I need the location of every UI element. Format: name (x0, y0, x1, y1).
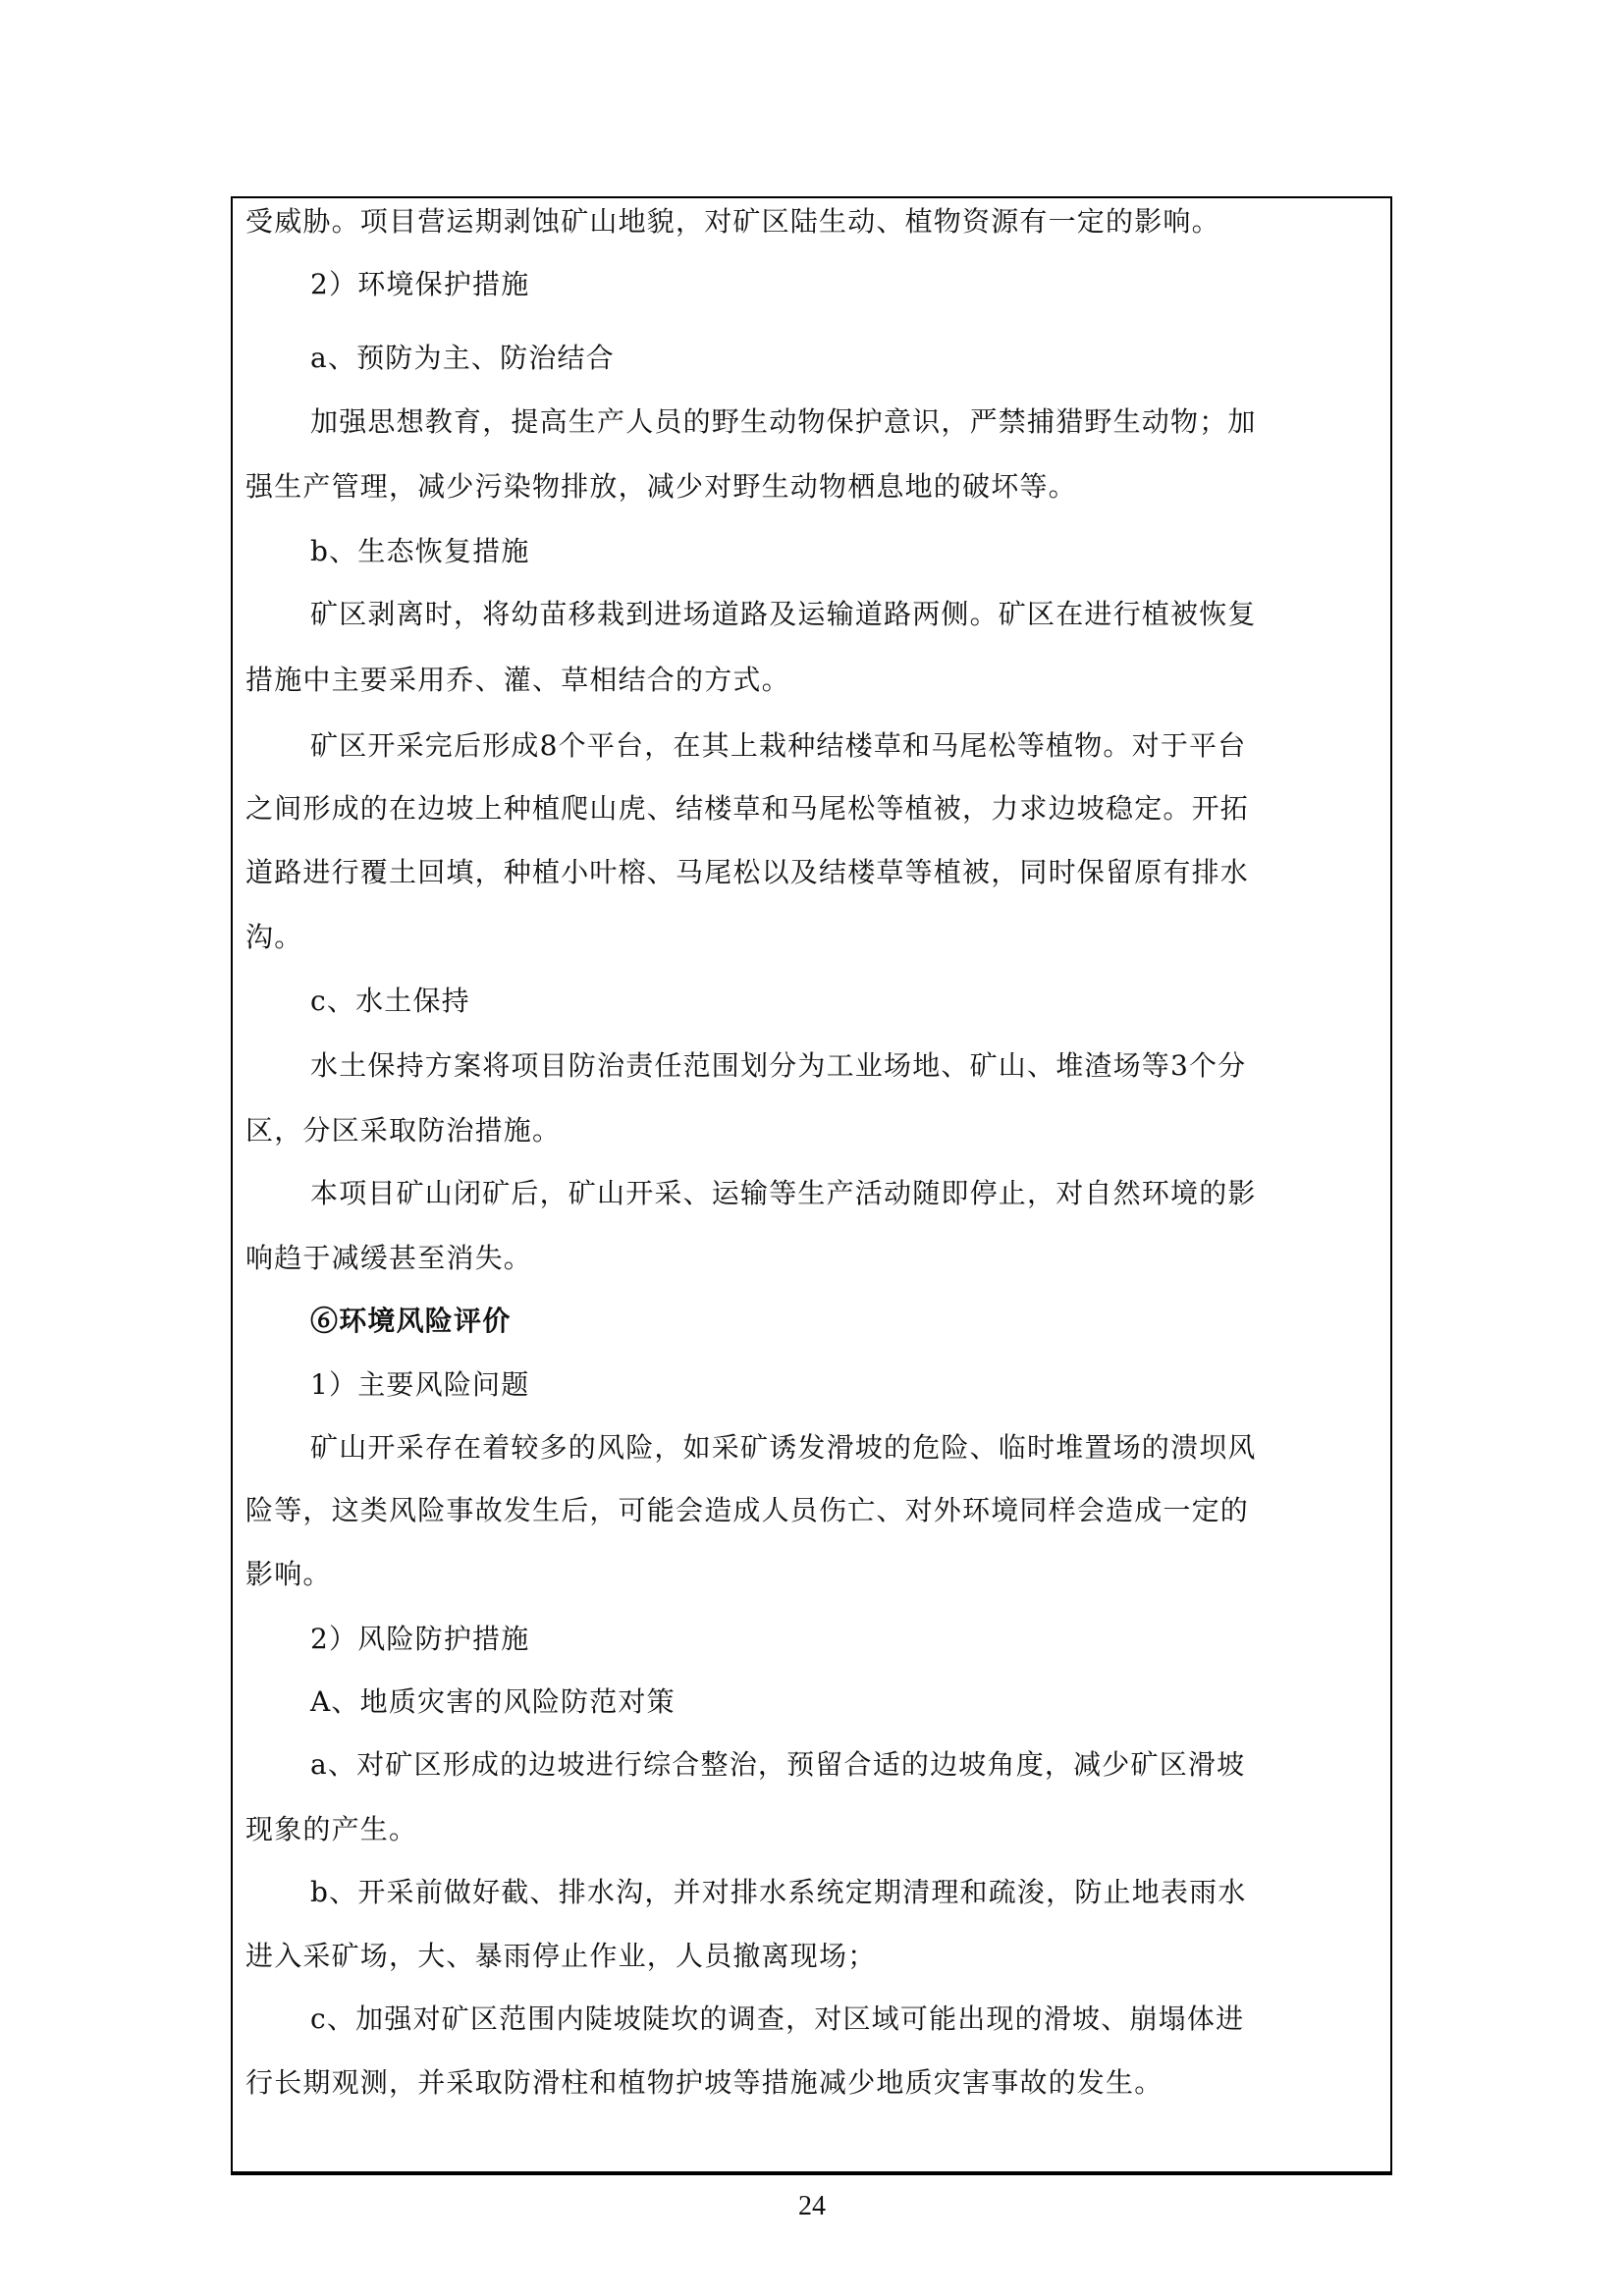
paragraph-line: 措施中主要采用乔、灌、草相结合的方式。 (245, 661, 790, 700)
paragraph-line: 强生产管理，减少污染物排放，减少对野生动物栖息地的破坏等。 (245, 467, 1077, 507)
paragraph-line: 矿山开采存在着较多的风险，如采矿诱发滑坡的危险、临时堆置场的溃坝风 (310, 1428, 1257, 1468)
paragraph-line: 矿区开采完后形成8个平台，在其上栽种结楼草和马尾松等植物。对于平台 (310, 726, 1246, 766)
page-number: 24 (0, 2191, 1624, 2222)
paragraph-line: 加强思想教育，提高生产人员的野生动物保护意识，严禁捕猎野生动物；加 (310, 402, 1257, 442)
paragraph-line: 险等，这类风险事故发生后，可能会造成人员伤亡、对外环境同样会造成一定的 (245, 1491, 1249, 1530)
subsection-heading: a、预防为主、防治结合 (310, 339, 615, 378)
chapter-heading: ⑥环境风险评价 (310, 1302, 511, 1341)
section-heading: 2）环境保护措施 (310, 265, 529, 304)
subsection-heading: b、生态恢复措施 (310, 532, 530, 571)
paragraph-line: 响趋于减缓甚至消失。 (245, 1239, 532, 1278)
paragraph-line: 进入采矿场，大、暴雨停止作业，人员撤离现场； (245, 1937, 876, 1976)
paragraph-line: 水土保持方案将项目防治责任范围划分为工业场地、矿山、堆渣场等3个分 (310, 1046, 1246, 1086)
paragraph-line: 现象的产生。 (245, 1810, 417, 1849)
paragraph-line: 区，分区采取防治措施。 (245, 1111, 561, 1150)
text-line: 受威胁。项目营运期剥蚀矿山地貌，对矿区陆生动、植物资源有一定的影响。 (245, 202, 1220, 241)
paragraph-line: c、加强对矿区范围内陡坡陡坎的调查，对区域可能出现的滑坡、崩塌体进 (310, 2000, 1244, 2039)
paragraph-line: 影响。 (245, 1555, 332, 1594)
paragraph-line: a、对矿区形成的边坡进行综合整治，预留合适的边坡角度，减少矿区滑坡 (310, 1745, 1245, 1785)
paragraph-line: 本项目矿山闭矿后，矿山开采、运输等生产活动随即停止，对自然环境的影 (310, 1174, 1257, 1213)
paragraph-line: 矿区剥离时，将幼苗移栽到进场道路及运输道路两侧。矿区在进行植被恢复 (310, 595, 1257, 634)
paragraph-line: 道路进行覆土回填，种植小叶榕、马尾松以及结楼草等植被，同时保留原有排水 (245, 853, 1249, 892)
section-heading: 1）主要风险问题 (310, 1365, 529, 1405)
section-heading: 2）风险防护措施 (310, 1620, 529, 1659)
paragraph-line: 沟。 (245, 918, 302, 957)
paragraph-line: 行长期观测，并采取防滑柱和植物护坡等措施减少地质灾害事故的发生。 (245, 2063, 1163, 2103)
paragraph-line: b、开采前做好截、排水沟，并对排水系统定期清理和疏浚，防止地表雨水 (310, 1873, 1247, 1912)
paragraph-line: 之间形成的在边坡上种植爬山虎、结楼草和马尾松等植被，力求边坡稳定。开拓 (245, 789, 1249, 828)
subsection-heading: c、水土保持 (310, 982, 470, 1021)
subsection-heading: A、地质灾害的风险防范对策 (310, 1682, 676, 1722)
